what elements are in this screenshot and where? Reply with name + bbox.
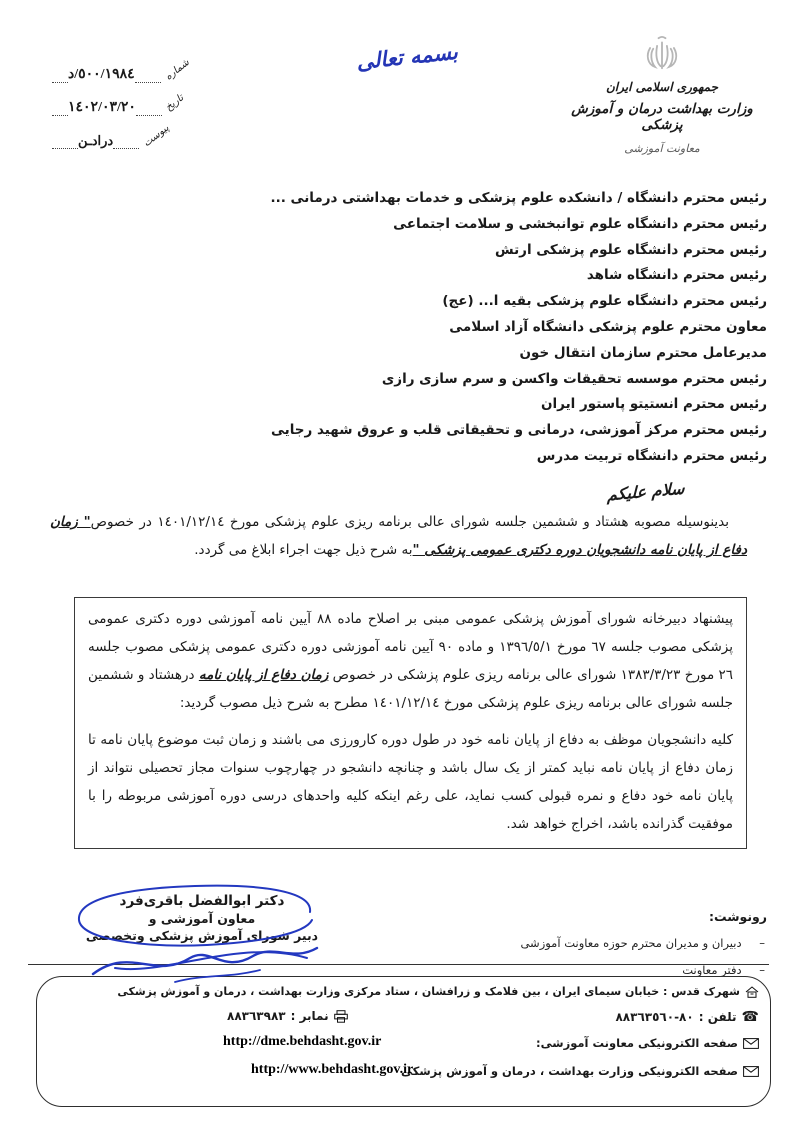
recipient-line: رئیس محترم انستیتو پاستور ایران xyxy=(270,392,767,418)
cc-dash: – xyxy=(759,936,765,950)
ministry-title-line: وزارت بهداشت درمان و آموزش پزشکی xyxy=(557,101,767,133)
signatory-title-1: معاون آموزشی و xyxy=(82,911,322,926)
deputy-title-line: معاونت آموزشی xyxy=(557,142,767,155)
letter-attachment-row: نـدارد پیوست xyxy=(52,116,244,149)
letter-number-value: د/٥٠٠/١٩٨٤ xyxy=(68,66,135,83)
dotted-leader xyxy=(52,112,68,116)
recipient-line: معاون محترم علوم پزشکی دانشگاه آزاد اسلا… xyxy=(270,315,767,341)
signatory-title-2: دبیر شورای آموزش پزشکی وتخصصی xyxy=(82,928,322,943)
cc-section: رونوشت: xyxy=(709,906,767,925)
dotted-leader xyxy=(52,79,68,83)
recipient-line: رئیس محترم مرکز آموزشی، درمانی و تحقیقات… xyxy=(270,418,767,444)
intro-paragraph: بدینوسیله مصوبه هشتاد و ششمین جلسه شورای… xyxy=(50,508,747,564)
deputy-webpage-row: صفحه الکترونیکی معاونت آموزشی: xyxy=(536,1036,759,1050)
letterhead-block: جمهوری اسلامی ایران وزارت بهداشت درمان و… xyxy=(557,34,767,155)
letter-number-label: شماره xyxy=(163,57,191,82)
envelope-icon xyxy=(743,1038,759,1049)
dotted-leader xyxy=(135,79,161,83)
cc-item: – دفتر معاونت xyxy=(682,963,765,977)
intro-text-2: به شرح ذیل جهت اجراء ابلاغ می گردد. xyxy=(194,542,412,558)
cc-item: – دبیران و مدیران محترم حوزه معاونت آموز… xyxy=(520,936,765,950)
ministry-webpage-label: صفحه الکترونیکی وزارت بهداشت ، درمان و آ… xyxy=(401,1064,738,1078)
signatory-block: دکتر ابوالفضل باقری‌فرد معاون آموزشی و د… xyxy=(82,893,322,943)
letter-date-label: تاریخ xyxy=(163,92,185,113)
resolution-paragraph-1: پیشنهاد دبیرخانه شورای آموزش پزشکی عمومی… xyxy=(88,605,733,717)
intro-text-1: بدینوسیله مصوبه هشتاد و ششمین جلسه شورای… xyxy=(91,514,729,530)
footer-divider-line xyxy=(28,964,769,965)
recipient-list: رئیس محترم دانشگاه / دانشکده علوم پزشکی … xyxy=(270,186,767,470)
phone-number: ٨٨٣٦٣٥٦٠-٨٠ xyxy=(615,1010,693,1024)
cc-item-text: دبیران و مدیران محترم حوزه معاونت آموزشی xyxy=(520,936,741,950)
envelope-icon xyxy=(743,1066,759,1077)
phone-label: تلفن : xyxy=(699,1010,737,1024)
recipient-line: رئیس محترم دانشگاه تربیت مدرس xyxy=(270,444,767,470)
recipient-line: رئیس محترم دانشگاه علوم توانبخشی و سلامت… xyxy=(270,212,767,238)
letter-meta-block: د/٥٠٠/١٩٨٤ شماره ١٤٠٢/٠٣/٢٠ تاریخ نـدارد… xyxy=(52,50,244,149)
letter-attachment-value: نـدارد xyxy=(78,133,113,149)
fax-icon xyxy=(334,1010,348,1023)
signatory-name: دکتر ابوالفضل باقری‌فرد xyxy=(82,893,322,909)
recipient-line: رئیس محترم دانشگاه علوم پزشکی ارتش xyxy=(270,238,767,264)
recipient-line: رئیس محترم دانشگاه شاهد xyxy=(270,263,767,289)
deputy-webpage-label: صفحه الکترونیکی معاونت آموزشی: xyxy=(536,1036,738,1050)
phone-row: ☎ تلفن : ٨٨٣٦٣٥٦٠-٨٠ xyxy=(615,1009,759,1025)
ministry-webpage-url[interactable]: http://www.behdasht.gov.ir xyxy=(251,1062,413,1078)
building-icon xyxy=(745,986,759,998)
resolution-paragraph-2: کلیه دانشجویان موظف به دفاع از پایان نام… xyxy=(88,726,733,838)
cc-item-text: دفتر معاونت xyxy=(682,963,741,977)
gov-title-line: جمهوری اسلامی ایران xyxy=(557,80,767,94)
fax-row: نمابر : ٨٨٣٦٣٩٨٣ xyxy=(227,1009,348,1023)
fax-label: نمابر : xyxy=(291,1009,329,1023)
address-row: شهرک قدس : خیابان سیمای ایران ، بین فلام… xyxy=(117,985,759,998)
recipient-line: مدیرعامل محترم سازمان انتقال خون xyxy=(270,341,767,367)
dotted-leader xyxy=(136,112,162,116)
handwritten-greeting: سلام علیکم xyxy=(607,479,685,505)
deputy-webpage-url[interactable]: http://dme.behdasht.gov.ir xyxy=(223,1034,381,1050)
ministry-webpage-row: صفحه الکترونیکی وزارت بهداشت ، درمان و آ… xyxy=(401,1064,759,1078)
cc-label: رونوشت: xyxy=(709,909,767,924)
letter-date-row: ١٤٠٢/٠٣/٢٠ تاریخ xyxy=(52,83,244,116)
recipient-line: رئیس محترم دانشگاه علوم پزشکی بقیه ا... … xyxy=(270,289,767,315)
cc-dash: – xyxy=(759,963,765,977)
dotted-leader xyxy=(113,145,139,149)
bismillah-calligraphy: بسمه تعالی xyxy=(351,38,463,74)
resolution-subject-highlight: زمان دفاع از پایان نامه xyxy=(199,667,329,683)
recipient-line: رئیس محترم موسسه تحقیقات واکسن و سرم ساز… xyxy=(270,367,767,393)
official-letter-page: د/٥٠٠/١٩٨٤ شماره ١٤٠٢/٠٣/٢٠ تاریخ نـدارد… xyxy=(0,0,797,1128)
letter-number-row: د/٥٠٠/١٩٨٤ شماره xyxy=(52,50,244,83)
dotted-leader xyxy=(52,145,78,149)
recipient-line: رئیس محترم دانشگاه / دانشکده علوم پزشکی … xyxy=(270,186,767,212)
letter-attachment-label: پیوست xyxy=(142,123,172,150)
footer-contact-box: شهرک قدس : خیابان سیمای ایران ، بین فلام… xyxy=(36,976,771,1107)
phone-icon: ☎ xyxy=(742,1009,759,1025)
resolution-box: پیشنهاد دبیرخانه شورای آموزش پزشکی عمومی… xyxy=(74,597,747,849)
letter-date-value: ١٤٠٢/٠٣/٢٠ xyxy=(68,99,136,116)
fax-number: ٨٨٣٦٣٩٨٣ xyxy=(227,1009,286,1023)
address-text: شهرک قدس : خیابان سیمای ایران ، بین فلام… xyxy=(117,985,740,998)
iran-national-emblem-icon xyxy=(641,34,683,76)
